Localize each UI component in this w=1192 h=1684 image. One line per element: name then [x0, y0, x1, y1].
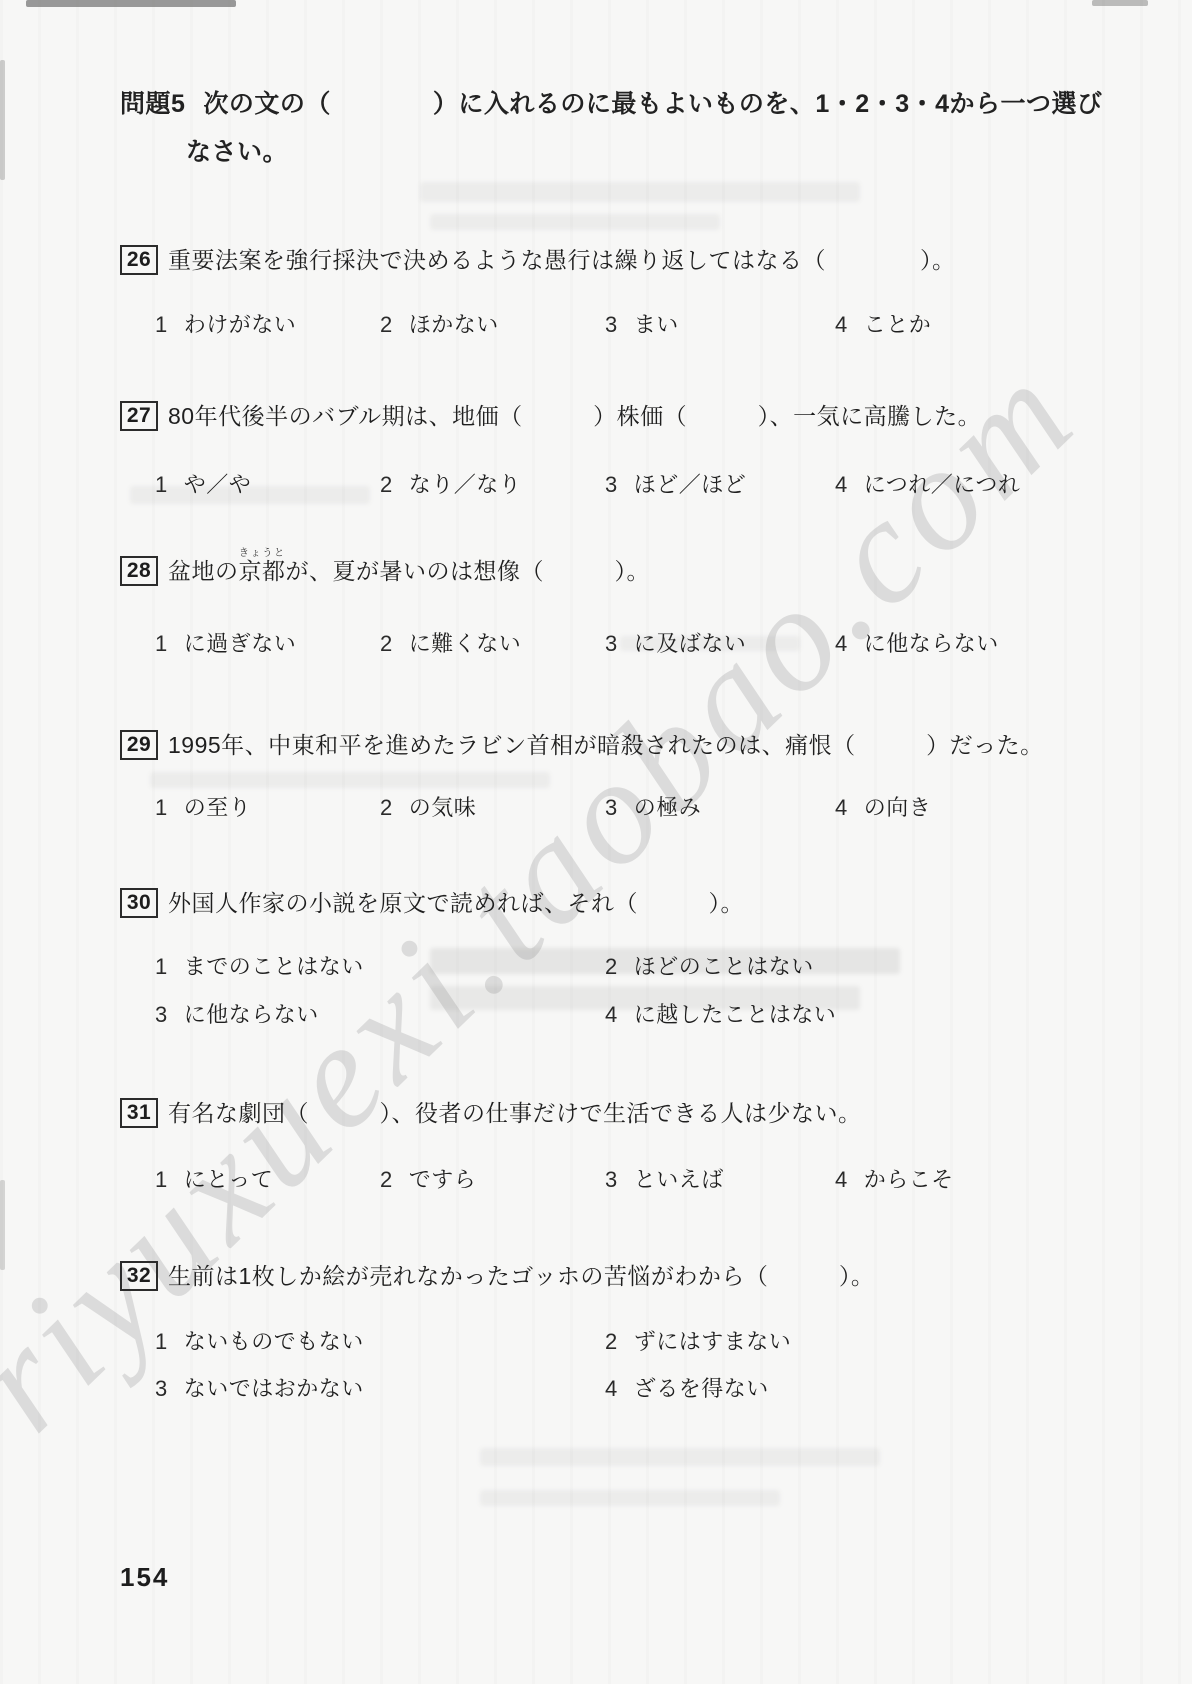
option-label: の至り — [184, 795, 252, 820]
option-label: や／や — [184, 472, 252, 497]
option-30-3: 3に他ならない — [155, 998, 319, 1029]
option-29-3: 3の極み — [605, 791, 701, 822]
option-label: までのことはない — [184, 954, 364, 979]
question-number-box: 30 — [120, 888, 158, 918]
option-label: ことか — [864, 312, 932, 337]
option-label: にとって — [184, 1167, 274, 1192]
option-label: に他ならない — [184, 1002, 319, 1027]
option-label: ないものでもない — [184, 1329, 364, 1354]
question-number-box: 31 — [120, 1098, 158, 1128]
option-30-2: 2ほどのことはない — [605, 950, 814, 981]
option-26-4: 4ことか — [835, 308, 931, 339]
bleed-through-artifact — [150, 772, 550, 788]
option-label: に越したことはない — [634, 1002, 837, 1027]
option-number: 4 — [835, 312, 848, 338]
option-label: につれ／につれ — [864, 472, 1021, 497]
option-number: 4 — [835, 472, 848, 498]
scan-artifact — [1092, 0, 1148, 6]
scan-artifact — [0, 1180, 5, 1270]
option-number: 1 — [155, 795, 168, 821]
option-number: 1 — [155, 631, 168, 657]
instruction-text: 次の文の（ ）に入れるのに最もよいものを、1・2・3・4から一つ選び — [203, 90, 1102, 118]
option-label: の向き — [864, 795, 932, 820]
option-number: 2 — [380, 1167, 393, 1193]
option-31-2: 2ですら — [380, 1163, 476, 1194]
question-number-box: 29 — [120, 730, 158, 760]
question-text: 80年代後半のバブル期は、地価（ ）株価（ ）、一気に高騰した。 — [168, 403, 981, 429]
option-30-1: 1までのことはない — [155, 950, 364, 981]
option-label: からこそ — [864, 1167, 954, 1192]
page-number: 154 — [120, 1562, 169, 1593]
scanned-test-page: riyuxuexi.taobao.com 問題5次の文の（ ）に入れるのに最もよ… — [0, 0, 1192, 1684]
option-label: ざるを得ない — [634, 1376, 769, 1401]
option-label: ほどのことはない — [634, 954, 814, 979]
option-label: ずにはすまない — [634, 1329, 792, 1354]
option-31-4: 4からこそ — [835, 1163, 954, 1194]
option-31-1: 1にとって — [155, 1163, 273, 1194]
question-30: 30外国人作家の小説を原文で読めれば、それ（ ）。1までのことはない2ほどのこと… — [120, 885, 1150, 918]
question-text: 外国人作家の小説を原文で読めれば、それ（ ）。 — [168, 890, 744, 916]
option-number: 1 — [155, 954, 168, 980]
option-number: 1 — [155, 312, 168, 338]
option-26-2: 2ほかない — [380, 308, 499, 339]
option-label: ほど／ほど — [634, 472, 747, 497]
option-label: ないではおかない — [184, 1376, 364, 1401]
scan-artifact — [26, 0, 236, 7]
option-number: 2 — [380, 631, 393, 657]
option-label: の極み — [634, 795, 702, 820]
option-number: 2 — [605, 1329, 618, 1355]
option-27-3: 3ほど／ほど — [605, 468, 746, 499]
question-text: 盆地の京都きょうとが、夏が暑いのは想像（ ）。 — [168, 558, 650, 584]
scan-artifact — [0, 60, 5, 180]
option-28-1: 1に過ぎない — [155, 627, 296, 658]
option-label: といえば — [634, 1167, 724, 1192]
option-28-3: 3に及ばない — [605, 627, 746, 658]
option-32-2: 2ずにはすまない — [605, 1325, 791, 1356]
section-header: 問題5次の文の（ ）に入れるのに最もよいものを、1・2・3・4から一つ選び なさ… — [120, 88, 1130, 170]
question-number-box: 27 — [120, 401, 158, 431]
option-number: 2 — [380, 795, 393, 821]
option-number: 3 — [155, 1002, 168, 1028]
question-text: 有名な劇団（ ）、役者の仕事だけで生活できる人は少ない。 — [168, 1100, 862, 1126]
bleed-through-artifact — [430, 214, 720, 230]
option-number: 4 — [835, 631, 848, 657]
option-label: の気味 — [409, 795, 477, 820]
option-number: 3 — [605, 472, 618, 498]
option-label: に及ばない — [634, 631, 747, 656]
question-text: 1995年、中東和平を進めたラビン首相が暗殺されたのは、痛恨（ ）だった。 — [168, 732, 1044, 758]
option-30-4: 4に越したことはない — [605, 998, 836, 1029]
option-number: 2 — [380, 472, 393, 498]
option-label: ほかない — [409, 312, 499, 337]
option-26-1: 1わけがない — [155, 308, 296, 339]
problem-number-label: 問題5 — [120, 90, 185, 118]
option-27-4: 4につれ／につれ — [835, 468, 1020, 499]
option-number: 1 — [155, 1167, 168, 1193]
question-32: 32生前は1枚しか絵が売れなかったゴッホの苦悩がわから（ ）。1ないものでもない… — [120, 1258, 1150, 1291]
instruction-text-line2: なさい。 — [186, 136, 1130, 170]
option-number: 3 — [155, 1376, 168, 1402]
question-number-box: 28 — [120, 556, 158, 586]
question-28: 28盆地の京都きょうとが、夏が暑いのは想像（ ）。1に過ぎない2に難くない3に及… — [120, 548, 1150, 586]
option-number: 2 — [605, 954, 618, 980]
question-31: 31有名な劇団（ ）、役者の仕事だけで生活できる人は少ない。1にとって2ですら3… — [120, 1095, 1150, 1128]
option-32-4: 4ざるを得ない — [605, 1372, 769, 1403]
option-26-3: 3まい — [605, 308, 679, 339]
option-number: 2 — [380, 312, 393, 338]
bleed-through-artifact — [480, 1490, 780, 1506]
option-28-2: 2に難くない — [380, 627, 521, 658]
option-number: 3 — [605, 1167, 618, 1193]
question-text: 生前は1枚しか絵が売れなかったゴッホの苦悩がわから（ ）。 — [168, 1263, 874, 1289]
option-number: 3 — [605, 631, 618, 657]
question-number-box: 26 — [120, 245, 158, 275]
question-text: 重要法案を強行採決で決めるような愚行は繰り返してはなる（ ）。 — [168, 247, 956, 273]
option-27-1: 1や／や — [155, 468, 251, 499]
option-label: わけがない — [184, 312, 297, 337]
option-number: 4 — [605, 1376, 618, 1402]
option-number: 3 — [605, 795, 618, 821]
option-label: に他ならない — [864, 631, 999, 656]
bleed-through-artifact — [420, 182, 860, 202]
option-29-4: 4の向き — [835, 791, 931, 822]
option-32-1: 1ないものでもない — [155, 1325, 364, 1356]
bleed-through-artifact — [480, 1448, 880, 1466]
question-26: 26重要法案を強行採決で決めるような愚行は繰り返してはなる（ ）。1わけがない2… — [120, 242, 1150, 275]
option-label: まい — [634, 312, 679, 337]
option-label: に難くない — [409, 631, 522, 656]
option-29-2: 2の気味 — [380, 791, 476, 822]
option-number: 4 — [835, 1167, 848, 1193]
option-number: 1 — [155, 472, 168, 498]
option-27-2: 2なり／なり — [380, 468, 521, 499]
option-label: なり／なり — [409, 472, 522, 497]
question-29: 291995年、中東和平を進めたラビン首相が暗殺されたのは、痛恨（ ）だった。1… — [120, 727, 1150, 760]
option-28-4: 4に他ならない — [835, 627, 999, 658]
question-number-box: 32 — [120, 1261, 158, 1291]
option-31-3: 3といえば — [605, 1163, 724, 1194]
option-label: に過ぎない — [184, 631, 297, 656]
option-number: 4 — [835, 795, 848, 821]
option-number: 3 — [605, 312, 618, 338]
question-27: 2780年代後半のバブル期は、地価（ ）株価（ ）、一気に高騰した。1や／や2な… — [120, 398, 1150, 431]
option-number: 4 — [605, 1002, 618, 1028]
option-label: ですら — [409, 1167, 477, 1192]
option-29-1: 1の至り — [155, 791, 251, 822]
option-number: 1 — [155, 1329, 168, 1355]
option-32-3: 3ないではおかない — [155, 1372, 364, 1403]
